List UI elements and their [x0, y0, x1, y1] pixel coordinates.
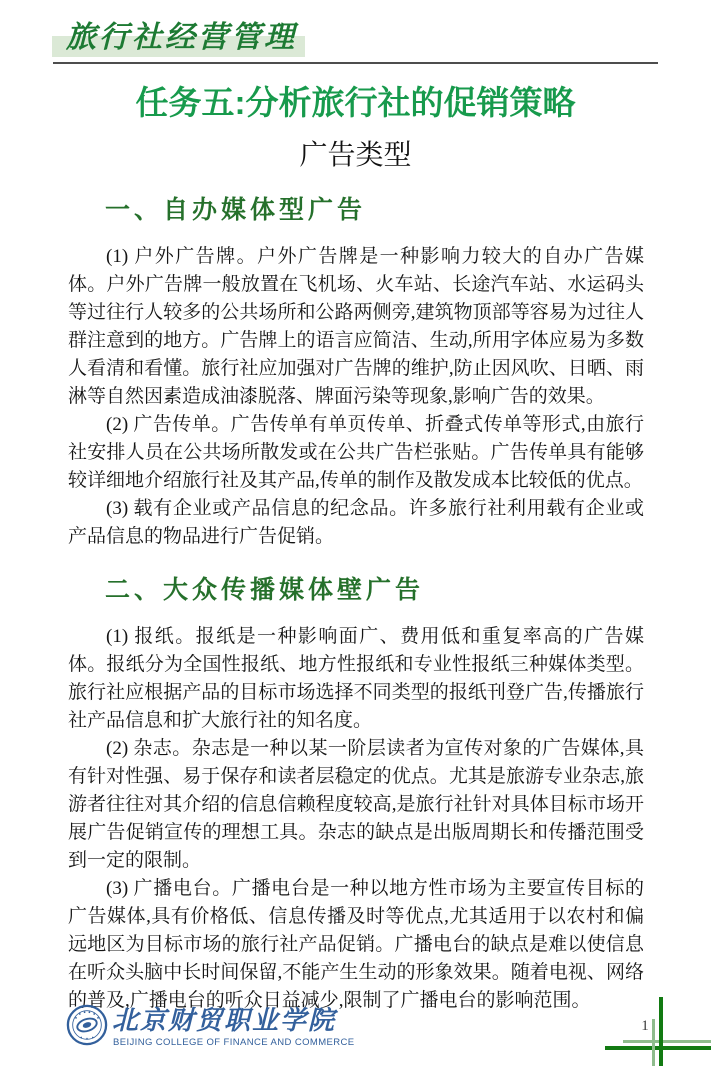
college-seal-icon [66, 1004, 108, 1051]
corner-line-dark-horizontal [605, 1046, 711, 1050]
corner-line-light-vertical [652, 1019, 655, 1066]
page-header: 旅行社经营管理 [0, 0, 711, 80]
document-page: 旅行社经营管理 任务五:分析旅行社的促销策略 广告类型 一、自办媒体型广告 (1… [0, 0, 711, 1066]
page-title: 任务五:分析旅行社的促销策略 [0, 84, 711, 122]
header-divider [53, 62, 658, 64]
document-body: 一、自办媒体型广告 (1) 户外广告牌。户外广告牌是一种影响力较大的自办广告媒体… [68, 196, 644, 1015]
college-name-chinese: 北京财贸职业学院 [112, 1006, 336, 1036]
section-heading: 二、大众传播媒体壁广告 [68, 576, 644, 606]
course-title: 旅行社经营管理 [66, 20, 297, 56]
page-subtitle: 广告类型 [0, 139, 711, 171]
paragraph: (3) 载有企业或产品信息的纪念品。许多旅行社利用载有企业或产品信息的物品进行广… [68, 495, 644, 551]
paragraph: (1) 户外广告牌。户外广告牌是一种影响力较大的自办广告媒体。户外广告牌一般放置… [68, 243, 644, 411]
title-block: 任务五:分析旅行社的促销策略 广告类型 [0, 84, 711, 171]
paragraph: (2) 广告传单。广告传单有单页传单、折叠式传单等形式,由旅行社安排人员在公共场… [68, 411, 644, 495]
college-name-english: BEIJING COLLEGE OF FINANCE AND COMMERCE [113, 1037, 355, 1048]
paragraph: (3) 广播电台。广播电台是一种以地方性市场为主要宣传目标的广告媒体,具有价格低… [68, 875, 644, 1015]
section-heading: 一、自办媒体型广告 [68, 196, 644, 226]
page-number: 1 [638, 1018, 652, 1035]
corner-line-dark-vertical [659, 997, 663, 1066]
section-mass-media-ads: 二、大众传播媒体壁广告 (1) 报纸。报纸是一种影响面广、费用低和重复率高的广告… [68, 576, 644, 1015]
corner-line-light-horizontal [623, 1040, 711, 1043]
section-self-media-ads: 一、自办媒体型广告 (1) 户外广告牌。户外广告牌是一种影响力较大的自办广告媒体… [68, 196, 644, 551]
paragraph: (2) 杂志。杂志是一种以某一阶层读者为宣传对象的广告媒体,具有针对性强、易于保… [68, 735, 644, 875]
paragraph: (1) 报纸。报纸是一种影响面广、费用低和重复率高的广告媒体。报纸分为全国性报纸… [68, 623, 644, 735]
